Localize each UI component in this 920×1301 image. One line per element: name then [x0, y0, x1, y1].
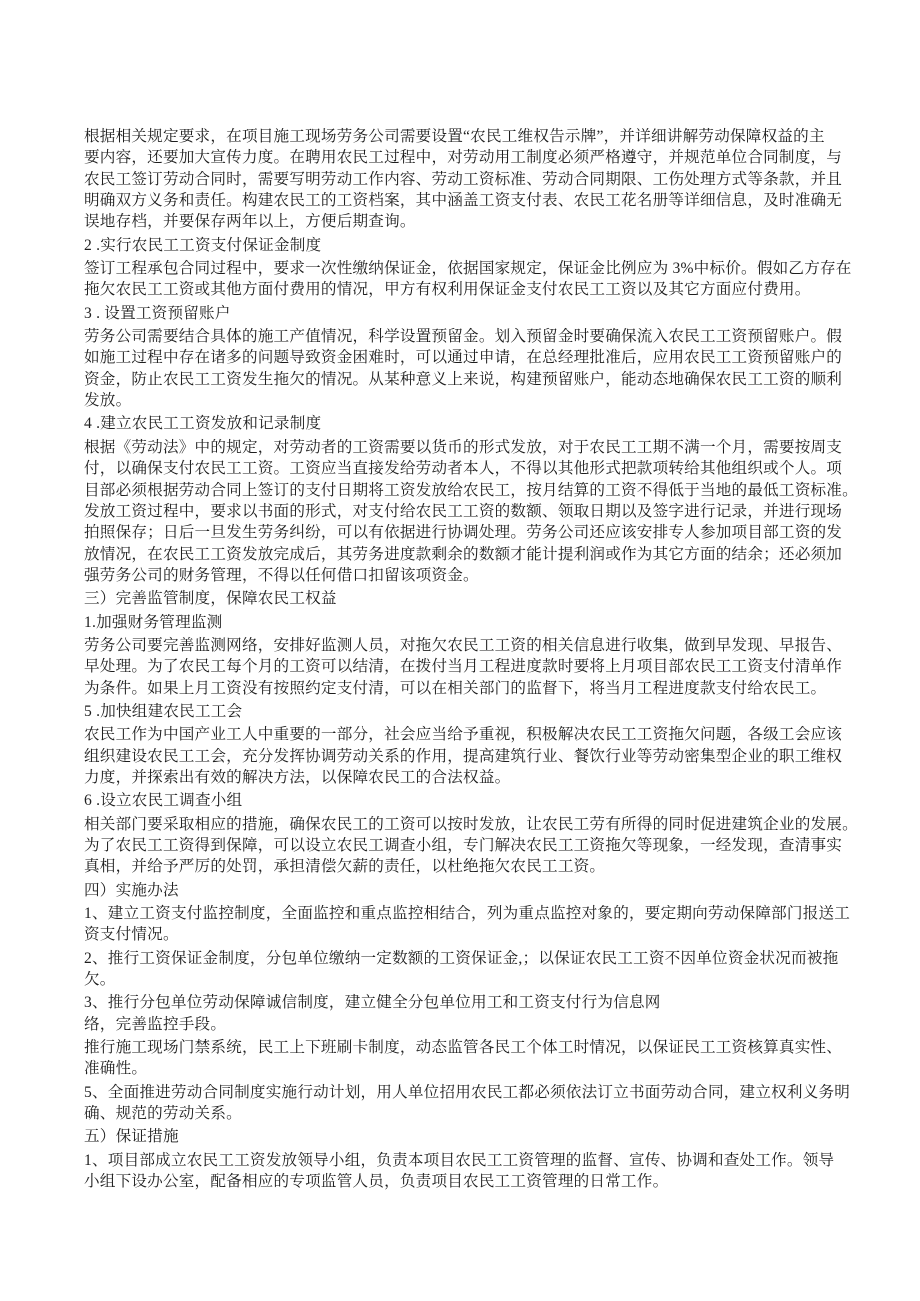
text-line: 2 .实行农民工工资支付保证金制度	[84, 235, 862, 256]
text-line: 早处理。为了农民工每个月的工资可以结清，在拨付当月工程进度款时要将上月项目部农民…	[84, 656, 862, 677]
text-line: 四）实施办法	[84, 880, 862, 901]
document-page: 根据相关规定要求，在项目施工现场劳务公司需要设置“农民工维权告示牌”，并详细讲解…	[0, 0, 920, 1301]
text-line: 络，完善监控手段。	[84, 1014, 862, 1035]
paragraph-block: 劳务公司需要结合具体的施工产值情况，科学设置预留金。划入预留金时要确保流入农民工…	[84, 326, 862, 411]
text-line: 2、推行工资保证金制度，分包单位缴纳一定数额的工资保证金,；以保证农民工工资不因…	[84, 948, 862, 969]
text-line: 3 . 设置工资预留账户	[84, 303, 862, 324]
heading-block: 5 .加快组建农民工工会	[84, 701, 862, 722]
text-line: 确、规范的劳动关系。	[84, 1103, 862, 1124]
text-line: 三）完善监管制度，保障农民工权益	[84, 588, 862, 609]
text-line: 欠。	[84, 969, 862, 990]
paragraph-block: 劳务公司要完善监测网络，安排好监测人员，对拖欠农民工工资的相关信息进行收集，做到…	[84, 635, 862, 699]
text-line: 要内容，还要加大宣传力度。在聘用农民工过程中，对劳动用工制度必须严格遵守，并规范…	[84, 147, 862, 168]
paragraph-block: 1、建立工资支付监控制度，全面监控和重点监控相结合，列为重点监控对象的，要定期向…	[84, 903, 862, 946]
paragraph-block: 相关部门要采取相应的措施，确保农民工的工资可以按时发放，让农民工劳有所得的同时促…	[84, 814, 862, 878]
text-line: 发放。	[84, 390, 862, 411]
paragraph-block: 1、项目部成立农民工工资发放领导小组，负责本项目农民工工资管理的监督、宣传、协调…	[84, 1150, 862, 1193]
text-line: 为条件。如果上月工资没有按照约定支付清，可以在相关部门的监督下，将当月工程进度款…	[84, 678, 862, 699]
heading-block: 6 .设立农民工调查小组	[84, 790, 862, 811]
heading-block: 3 . 设置工资预留账户	[84, 303, 862, 324]
heading-block: 五）保证措施	[84, 1126, 862, 1147]
text-line: 相关部门要采取相应的措施，确保农民工的工资可以按时发放，让农民工劳有所得的同时促…	[84, 814, 862, 835]
text-line: 劳务公司需要结合具体的施工产值情况，科学设置预留金。划入预留金时要确保流入农民工…	[84, 326, 862, 347]
text-line: 农民工作为中国产业工人中重要的一部分，社会应当给予重视，积极解决农民工工资拖欠问…	[84, 724, 862, 745]
heading-block: 4 .建立农民工工资发放和记录制度	[84, 413, 862, 434]
text-line: 强劳务公司的财务管理，不得以任何借口扣留该项资金。	[84, 565, 862, 586]
text-line: 签订工程承包合同过程中，要求一次性缴纳保证金，依据国家规定，保证金比例应为 3%…	[84, 258, 862, 279]
text-line: 组织建设农民工工会，充分发挥协调劳动关系的作用，提高建筑行业、餐饮行业等劳动密集…	[84, 746, 862, 767]
text-line: 6 .设立农民工调查小组	[84, 790, 862, 811]
text-line: 推行施工现场门禁系统，民工上下班刷卡制度，动态监管各民工个体工时情况，以保证民工…	[84, 1037, 862, 1058]
text-line: 发放工资过程中，要求以书面的形式，对支付给农民工工资的数额、领取日期以及签字进行…	[84, 501, 862, 522]
text-line: 放情况，在农民工工资发放完成后，其劳务进度款剩余的数额才能计提利润或作为其它方面…	[84, 544, 862, 565]
document-body: 根据相关规定要求，在项目施工现场劳务公司需要设置“农民工维权告示牌”，并详细讲解…	[84, 126, 862, 1195]
text-line: 1.加强财务管理监测	[84, 612, 862, 633]
paragraph-block: 2、推行工资保证金制度，分包单位缴纳一定数额的工资保证金,；以保证农民工工资不因…	[84, 948, 862, 991]
text-line: 拍照保存；日后一旦发生劳务纠纷，可以有依据进行协调处理。劳务公司还应该安排专人参…	[84, 522, 862, 543]
text-line: 5、全面推进劳动合同制度实施行动计划，用人单位招用农民工都必须依法订立书面劳动合…	[84, 1082, 862, 1103]
text-line: 1、项目部成立农民工工资发放领导小组，负责本项目农民工工资管理的监督、宣传、协调…	[84, 1150, 862, 1171]
text-line: 拖欠农民工工资或其他方面付费用的情况，甲方有权利用保证金支付农民工工资以及其它方…	[84, 279, 862, 300]
text-line: 根据相关规定要求，在项目施工现场劳务公司需要设置“农民工维权告示牌”，并详细讲解…	[84, 126, 862, 147]
paragraph-block: 根据《劳动法》中的规定，对劳动者的工资需要以货币的形式发放，对于农民工工期不满一…	[84, 437, 862, 586]
text-line: 五）保证措施	[84, 1126, 862, 1147]
text-line: 5 .加快组建农民工工会	[84, 701, 862, 722]
paragraph-block: 签订工程承包合同过程中，要求一次性缴纳保证金，依据国家规定，保证金比例应为 3%…	[84, 258, 862, 301]
text-line: 农民工签订劳动合同时，需要写明劳动工作内容、劳动工资标准、劳动合同期限、工伤处理…	[84, 169, 862, 190]
text-line: 4 .建立农民工工资发放和记录制度	[84, 413, 862, 434]
paragraph-block: 推行施工现场门禁系统，民工上下班刷卡制度，动态监管各民工个体工时情况，以保证民工…	[84, 1037, 862, 1080]
text-line: 为了农民工工资得到保障，可以设立农民工调查小组，专门解决农民工工资拖欠等现象，一…	[84, 835, 862, 856]
heading-block: 1.加强财务管理监测	[84, 612, 862, 633]
text-line: 劳务公司要完善监测网络，安排好监测人员，对拖欠农民工工资的相关信息进行收集，做到…	[84, 635, 862, 656]
text-line: 付，以确保支付农民工工资。工资应当直接发给劳动者本人，不得以其他形式把款项转给其…	[84, 458, 862, 479]
heading-block: 四）实施办法	[84, 880, 862, 901]
paragraph-block: 农民工作为中国产业工人中重要的一部分，社会应当给予重视，积极解决农民工工资拖欠问…	[84, 724, 862, 788]
text-line: 目部必须根据劳动合同上签订的支付日期将工资发放给农民工，按月结算的工资不得低于当…	[84, 480, 862, 501]
text-line: 1、建立工资支付监控制度，全面监控和重点监控相结合，列为重点监控对象的，要定期向…	[84, 903, 862, 924]
text-line: 资金，防止农民工工资发生拖欠的情况。从某种意义上来说，构建预留账户，能动态地确保…	[84, 369, 862, 390]
text-line: 力度，并探索出有效的解决方法，以保障农民工的合法权益。	[84, 767, 862, 788]
paragraph-block: 3、推行分包单位劳动保障诚信制度，建立健全分包单位用工和工资支付行为信息网络，完…	[84, 992, 862, 1035]
text-line: 根据《劳动法》中的规定，对劳动者的工资需要以货币的形式发放，对于农民工工期不满一…	[84, 437, 862, 458]
text-line: 资支付情况。	[84, 924, 862, 945]
text-line: 准确性。	[84, 1058, 862, 1079]
text-line: 3、推行分包单位劳动保障诚信制度，建立健全分包单位用工和工资支付行为信息网	[84, 992, 862, 1013]
heading-block: 2 .实行农民工工资支付保证金制度	[84, 235, 862, 256]
heading-block: 三）完善监管制度，保障农民工权益	[84, 588, 862, 609]
text-line: 明确双方义务和责任。构建农民工的工资档案，其中涵盖工资支付表、农民工花名册等详细…	[84, 190, 862, 211]
paragraph-block: 根据相关规定要求，在项目施工现场劳务公司需要设置“农民工维权告示牌”，并详细讲解…	[84, 126, 862, 233]
text-line: 小组下设办公室，配备相应的专项监管人员，负责项目农民工工资管理的日常工作。	[84, 1171, 862, 1192]
text-line: 真相，并给予严厉的处罚，承担清偿欠薪的责任，以杜绝拖欠农民工工资。	[84, 856, 862, 877]
paragraph-block: 5、全面推进劳动合同制度实施行动计划，用人单位招用农民工都必须依法订立书面劳动合…	[84, 1082, 862, 1125]
text-line: 误地存档，并要保存两年以上，方便后期查询。	[84, 211, 862, 232]
text-line: 如施工过程中存在诸多的问题导致资金困难时，可以通过申请，在总经理批准后，应用农民…	[84, 347, 862, 368]
